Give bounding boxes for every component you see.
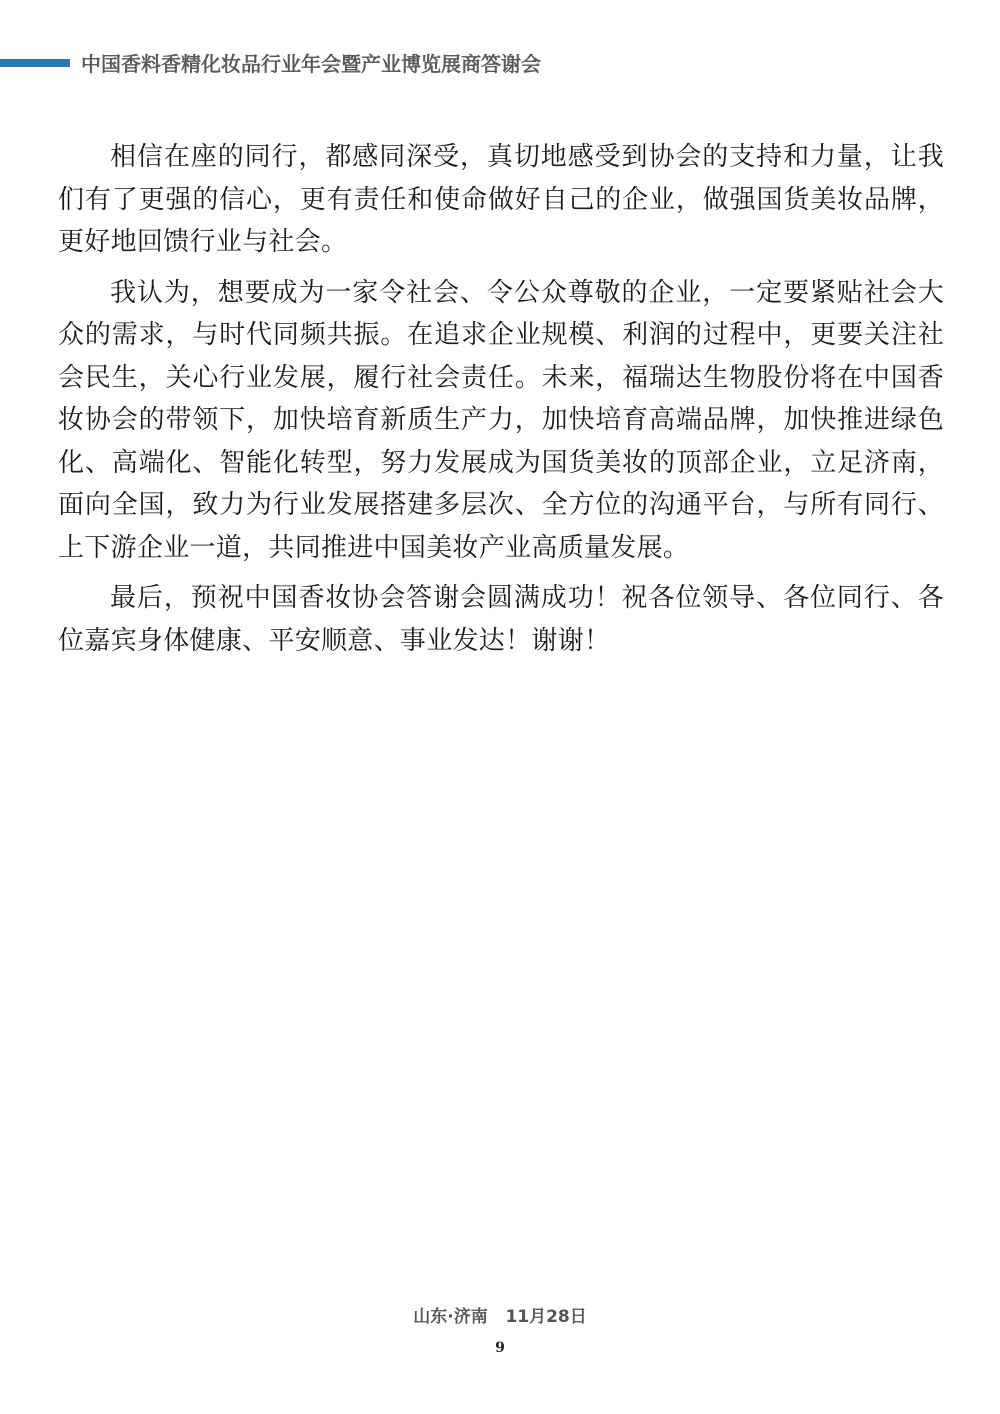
body-text: 相信在座的同行，都感同深受，真切地感受到协会的支持和力量，让我们有了更强的信心，… — [58, 136, 944, 670]
footer-location-date: 山东·济南 11月28日 — [0, 1302, 1000, 1327]
paragraph-2: 我认为，想要成为一家令社会、令公众尊敬的企业，一定要紧贴社会大众的需求，与时代同… — [58, 272, 944, 570]
paragraph-3: 最后，预祝中国香妆协会答谢会圆满成功！祝各位领导、各位同行、各位嘉宾身体健康、平… — [58, 577, 944, 662]
paragraph-1: 相信在座的同行，都感同深受，真切地感受到协会的支持和力量，让我们有了更强的信心，… — [58, 136, 944, 264]
page-number: 9 — [0, 1340, 1000, 1356]
page-header: 中国香料香精化妆品行业年会暨产业博览展商答谢会 — [0, 48, 1000, 80]
header-title: 中国香料香精化妆品行业年会暨产业博览展商答谢会 — [81, 50, 541, 78]
header-accent-bar — [0, 59, 70, 67]
